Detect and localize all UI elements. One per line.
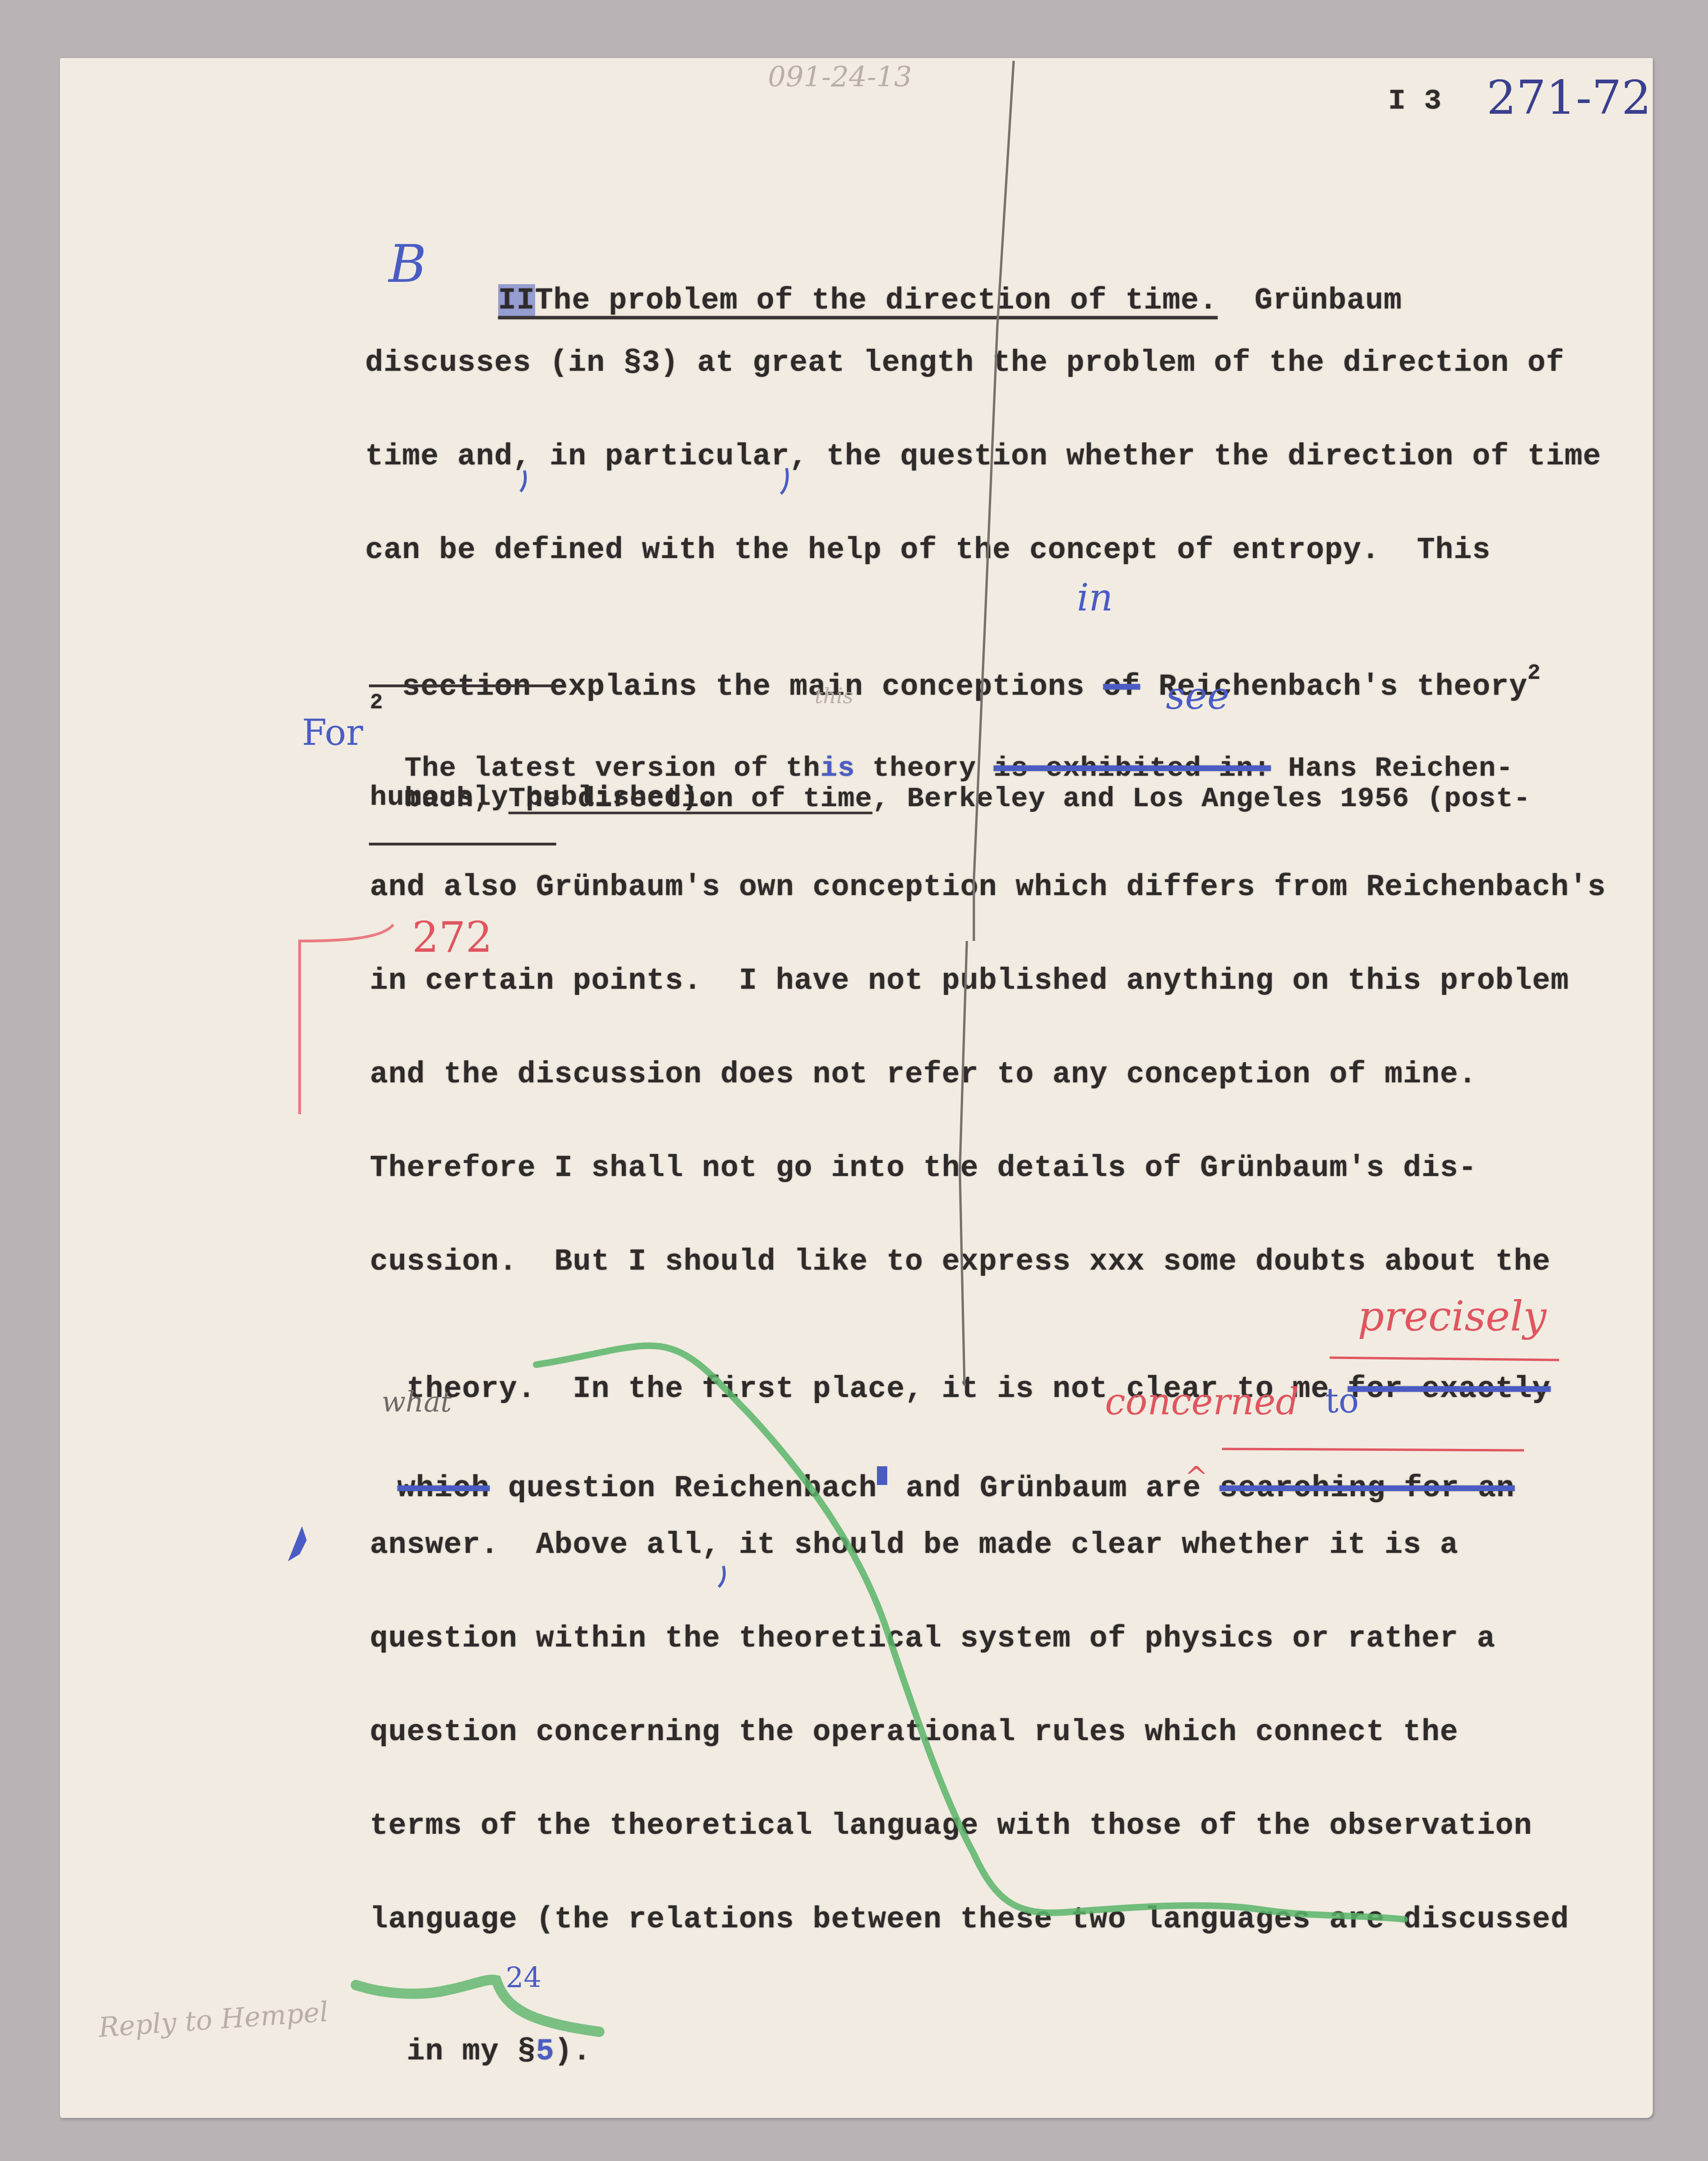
heading-trailing: Grünbaum bbox=[1254, 284, 1402, 318]
fn-line2-after: , Berkeley and Los Angeles 1956 (post- bbox=[872, 783, 1531, 815]
heading-handwritten-letter: B bbox=[389, 234, 427, 294]
heading-title: The problem of the direction of time. bbox=[535, 284, 1218, 318]
struck-searching: searching for an bbox=[1220, 1472, 1515, 1506]
body-line-17: in my §5). bbox=[370, 2001, 591, 2069]
insert-to: to bbox=[1325, 1381, 1359, 1420]
insert-precisely: precisely bbox=[1358, 1292, 1546, 1340]
struck-section-number: 5 bbox=[536, 2035, 554, 2069]
footnote-insert-for: For bbox=[302, 712, 363, 753]
line4-before: section explains the main conceptions bbox=[402, 670, 1103, 704]
theory-green-struck: In the first bbox=[573, 1373, 794, 1406]
footnote-rule-bottom bbox=[369, 843, 556, 845]
body-line-3: can be defined with the help of the conc… bbox=[365, 534, 1491, 567]
last-line-prefix: in my § bbox=[407, 2035, 536, 2069]
body-line-5: and also Grünbaum's own conception which… bbox=[370, 871, 1606, 904]
body-line-2: time and, in particular, the question wh… bbox=[365, 440, 1601, 474]
typed-section-ref: I 3 bbox=[1388, 84, 1442, 118]
insert-concerned: concerned bbox=[1105, 1381, 1299, 1423]
red-page-number: 272 bbox=[412, 913, 493, 962]
struck-which: which bbox=[398, 1472, 490, 1506]
blue-edit-mark bbox=[877, 1466, 887, 1485]
footnote-mark: 2 bbox=[1528, 661, 1541, 685]
struck-numeral: II bbox=[498, 284, 535, 318]
body-line-6: in certain points. I have not published … bbox=[370, 964, 1569, 998]
body-line-16: language (the relations between these tw… bbox=[370, 1903, 1569, 1937]
last-line-suffix: ). bbox=[554, 2035, 591, 2069]
body-line-11: which question Reichenbach and Grünbaum … bbox=[361, 1433, 1515, 1506]
body-line-9: cussion. But I should like to express xx… bbox=[370, 1245, 1551, 1279]
which-mid2: and Grünbaum are bbox=[887, 1472, 1219, 1506]
footnote-number: 2 bbox=[370, 691, 383, 715]
footnote-insert-see: see bbox=[1166, 674, 1229, 718]
insert-in: in bbox=[1077, 576, 1113, 619]
body-line-8: Therefore I shall not go into the detail… bbox=[370, 1152, 1477, 1185]
struck-for-exactly: for exactly bbox=[1348, 1373, 1551, 1406]
section-heading: IIThe problem of the direction of time. … bbox=[461, 250, 1402, 318]
body-line-14: question concerning the operational rule… bbox=[370, 1716, 1458, 1749]
body-line-12: answer. Above all, it should be made cle… bbox=[370, 1529, 1458, 1562]
footnote-rule-top bbox=[369, 684, 556, 687]
insert-24: 24 bbox=[506, 1962, 541, 1994]
pencil-note-this: this bbox=[815, 684, 854, 708]
archive-number: 091-24-13 bbox=[768, 61, 912, 94]
footnote-line-3: humously published). bbox=[370, 782, 716, 814]
which-mid: question Reichenbach bbox=[490, 1472, 877, 1506]
body-line-4: section explains the main conceptions of… bbox=[365, 627, 1541, 704]
body-line-15: terms of the theoretical language with t… bbox=[370, 1809, 1532, 1843]
insert-what: what bbox=[382, 1386, 452, 1419]
handwritten-page-range: 271-72 bbox=[1487, 70, 1651, 125]
body-line-10: theory. In the first place, it is not cl… bbox=[370, 1339, 1551, 1406]
body-line-1: discusses (in §3) at great length the pr… bbox=[365, 346, 1564, 380]
struck-of: of bbox=[1103, 670, 1140, 704]
body-line-13: question within the theoretical system o… bbox=[370, 1622, 1495, 1656]
body-line-7: and the discussion does not refer to any… bbox=[370, 1058, 1477, 1092]
red-caret: ^ bbox=[1185, 1461, 1208, 1493]
